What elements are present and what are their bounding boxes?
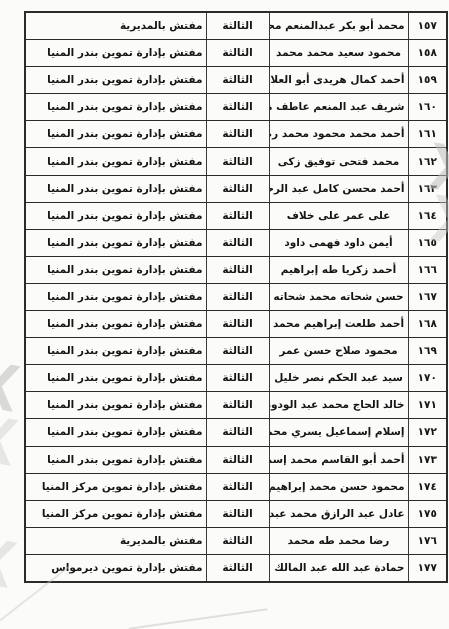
name-cell: محمود صلاح حسن عمر — [269, 338, 408, 365]
table-row: ١٥٨محمود سعيد محمد محمدالثالثةمفتش بإدار… — [25, 40, 447, 67]
name-cell: حسن شحاته محمد شحاته — [269, 283, 408, 310]
row-number-cell: ١٧١ — [408, 392, 447, 419]
table-row: ١٦٩محمود صلاح حسن عمرالثالثةمفتش بإدارة … — [25, 338, 447, 365]
name-cell: محمد أبو بكر عبدالمنعم محمد — [269, 12, 408, 40]
row-number-cell: ١٦١ — [408, 121, 447, 148]
table-row: ١٦٤على عمر على خلافالثالثةمفتش بإدارة تم… — [25, 202, 447, 229]
grade-cell: الثالثة — [206, 338, 269, 365]
row-number-cell: ١٦٦ — [408, 256, 447, 283]
row-number-cell: ١٥٨ — [408, 40, 447, 67]
grade-cell: الثالثة — [206, 175, 269, 202]
name-cell: أحمد طلعت إبراهيم محمد — [269, 311, 408, 338]
table-row: ١٧٠سيد عبد الحكم نصر خليلالثالثةمفتش بإد… — [25, 365, 447, 392]
table-row: ١٧٣أحمد أبو القاسم محمد إسماعيلالثالثةمف… — [25, 446, 447, 473]
table-row: ١٧٢إسلام إسماعيل يسري محمدالثالثةمفتش بإ… — [25, 419, 447, 446]
row-number-cell: ١٦٠ — [408, 94, 447, 121]
table-row: ١٥٩أحمد كمال هريدى أبو العلاالثالثةمفتش … — [25, 67, 447, 94]
table-row: ١٦٠شريف عبد المنعم عاطف محمودالثالثةمفتش… — [25, 94, 447, 121]
row-number-cell: ١٧٣ — [408, 446, 447, 473]
name-cell: محمود سعيد محمد محمد — [269, 40, 408, 67]
grade-cell: الثالثة — [206, 229, 269, 256]
roster-table-body: ١٥٧محمد أبو بكر عبدالمنعم محمدالثالثةمفت… — [25, 12, 447, 582]
name-cell: إسلام إسماعيل يسري محمد — [269, 419, 408, 446]
table-row: ١٦٦أحمد زكريا طه إبراهيمالثالثةمفتش بإدا… — [25, 256, 447, 283]
row-number-cell: ١٦٨ — [408, 311, 447, 338]
row-number-cell: ١٦٤ — [408, 202, 447, 229]
job-title-cell: مفتش بإدارة تموين بندر المنيا — [25, 419, 206, 446]
grade-cell: الثالثة — [206, 473, 269, 500]
row-number-cell: ١٧٦ — [408, 527, 447, 554]
table-row: ١٥٧محمد أبو بكر عبدالمنعم محمدالثالثةمفت… — [25, 12, 447, 40]
grade-cell: الثالثة — [206, 121, 269, 148]
scan-artifact-chevron: ❮ — [0, 532, 25, 585]
table-row: ١٧٤محمود حسن محمد إبراهيمالثالثةمفتش بإد… — [25, 473, 447, 500]
name-cell: شريف عبد المنعم عاطف محمود — [269, 94, 408, 121]
grade-cell: الثالثة — [206, 148, 269, 175]
row-number-cell: ١٥٩ — [408, 67, 447, 94]
row-number-cell: ١٦٣ — [408, 175, 447, 202]
name-cell: محمود حسن محمد إبراهيم — [269, 473, 408, 500]
grade-cell: الثالثة — [206, 40, 269, 67]
name-cell: أحمد محسن كامل عبد الرحمن — [269, 175, 408, 202]
row-number-cell: ١٦٧ — [408, 283, 447, 310]
name-cell: أحمد أبو القاسم محمد إسماعيل — [269, 446, 408, 473]
job-title-cell: مفتش بإدارة تموين بندر المنيا — [25, 94, 206, 121]
name-cell: حمادة عبد الله عبد المالك محمد — [269, 554, 408, 582]
job-title-cell: مفتش بإدارة تموين بندر المنيا — [25, 283, 206, 310]
scan-artifact-line — [129, 608, 268, 629]
table-row: ١٧١خالد الحاج محمد عبد الودود محمدالثالث… — [25, 392, 447, 419]
grade-cell: الثالثة — [206, 365, 269, 392]
row-number-cell: ١٦٩ — [408, 338, 447, 365]
table-row: ١٦٣أحمد محسن كامل عبد الرحمنالثالثةمفتش … — [25, 175, 447, 202]
row-number-cell: ١٧٤ — [408, 473, 447, 500]
name-cell: أحمد زكريا طه إبراهيم — [269, 256, 408, 283]
table-row: ١٦٢محمد فتحى توفيق زكىالثالثةمفتش بإدارة… — [25, 148, 447, 175]
job-title-cell: مفتش بالمديرية — [25, 527, 206, 554]
grade-cell: الثالثة — [206, 256, 269, 283]
row-number-cell: ١٥٧ — [408, 12, 447, 40]
name-cell: خالد الحاج محمد عبد الودود محمد — [269, 392, 408, 419]
grade-cell: الثالثة — [206, 392, 269, 419]
row-number-cell: ١٧٠ — [408, 365, 447, 392]
grade-cell: الثالثة — [206, 554, 269, 582]
job-title-cell: مفتش بإدارة تموين بندر المنيا — [25, 256, 206, 283]
job-title-cell: مفتش بإدارة تموين بندر المنيا — [25, 148, 206, 175]
name-cell: رضا محمد طه محمد — [269, 527, 408, 554]
row-number-cell: ١٦٥ — [408, 229, 447, 256]
inspectors-roster-table: ١٥٧محمد أبو بكر عبدالمنعم محمدالثالثةمفت… — [24, 11, 448, 583]
job-title-cell: مفتش بإدارة تموين مركز المنيا — [25, 500, 206, 527]
job-title-cell: مفتش بالمديرية — [25, 12, 206, 40]
job-title-cell: مفتش بإدارة تموين بندر المنيا — [25, 229, 206, 256]
job-title-cell: مفتش بإدارة تموين بندر المنيا — [25, 311, 206, 338]
row-number-cell: ١٧٥ — [408, 500, 447, 527]
name-cell: على عمر على خلاف — [269, 202, 408, 229]
table-row: ١٦٧حسن شحاته محمد شحاتهالثالثةمفتش بإدار… — [25, 283, 447, 310]
grade-cell: الثالثة — [206, 12, 269, 40]
row-number-cell: ١٧٢ — [408, 419, 447, 446]
table-row: ١٧٦رضا محمد طه محمدالثالثةمفتش بالمديرية — [25, 527, 447, 554]
table-row: ١٦٥أيمن داود فهمى داودالثالثةمفتش بإدارة… — [25, 229, 447, 256]
job-title-cell: مفتش بإدارة تموين بندر المنيا — [25, 175, 206, 202]
job-title-cell: مفتش بإدارة تموين مركز المنيا — [25, 473, 206, 500]
grade-cell: الثالثة — [206, 311, 269, 338]
job-title-cell: مفتش بإدارة تموين بندر المنيا — [25, 365, 206, 392]
grade-cell: الثالثة — [206, 67, 269, 94]
name-cell: أحمد كمال هريدى أبو العلا — [269, 67, 408, 94]
table-row: ١٧٥عادل عبد الرازق محمد عبد الرازقالثالث… — [25, 500, 447, 527]
name-cell: عادل عبد الرازق محمد عبد الرازق — [269, 500, 408, 527]
grade-cell: الثالثة — [206, 500, 269, 527]
job-title-cell: مفتش بإدارة تموين ديرمواس — [25, 554, 206, 582]
grade-cell: الثالثة — [206, 283, 269, 310]
grade-cell: الثالثة — [206, 94, 269, 121]
name-cell: سيد عبد الحكم نصر خليل — [269, 365, 408, 392]
job-title-cell: مفتش بإدارة تموين بندر المنيا — [25, 40, 206, 67]
job-title-cell: مفتش بإدارة تموين بندر المنيا — [25, 121, 206, 148]
job-title-cell: مفتش بإدارة تموين بندر المنيا — [25, 338, 206, 365]
scan-artifact-chevron: ❮ — [0, 411, 26, 463]
grade-cell: الثالثة — [206, 446, 269, 473]
name-cell: أيمن داود فهمى داود — [269, 229, 408, 256]
name-cell: أحمد محمد محمود محمد رضوان — [269, 121, 408, 148]
scanned-document-page: ١٥٧محمد أبو بكر عبدالمنعم محمدالثالثةمفت… — [0, 0, 449, 629]
grade-cell: الثالثة — [206, 527, 269, 554]
row-number-cell: ١٦٢ — [408, 148, 447, 175]
row-number-cell: ١٧٧ — [408, 554, 447, 582]
table-row: ١٧٧حمادة عبد الله عبد المالك محمدالثالثة… — [25, 554, 447, 582]
name-cell: محمد فتحى توفيق زكى — [269, 148, 408, 175]
job-title-cell: مفتش بإدارة تموين بندر المنيا — [25, 392, 206, 419]
job-title-cell: مفتش بإدارة تموين بندر المنيا — [25, 67, 206, 94]
job-title-cell: مفتش بإدارة تموين بندر المنيا — [25, 202, 206, 229]
grade-cell: الثالثة — [206, 202, 269, 229]
table-row: ١٦٨أحمد طلعت إبراهيم محمدالثالثةمفتش بإد… — [25, 311, 447, 338]
job-title-cell: مفتش بإدارة تموين بندر المنيا — [25, 446, 206, 473]
grade-cell: الثالثة — [206, 419, 269, 446]
table-row: ١٦١أحمد محمد محمود محمد رضوانالثالثةمفتش… — [25, 121, 447, 148]
